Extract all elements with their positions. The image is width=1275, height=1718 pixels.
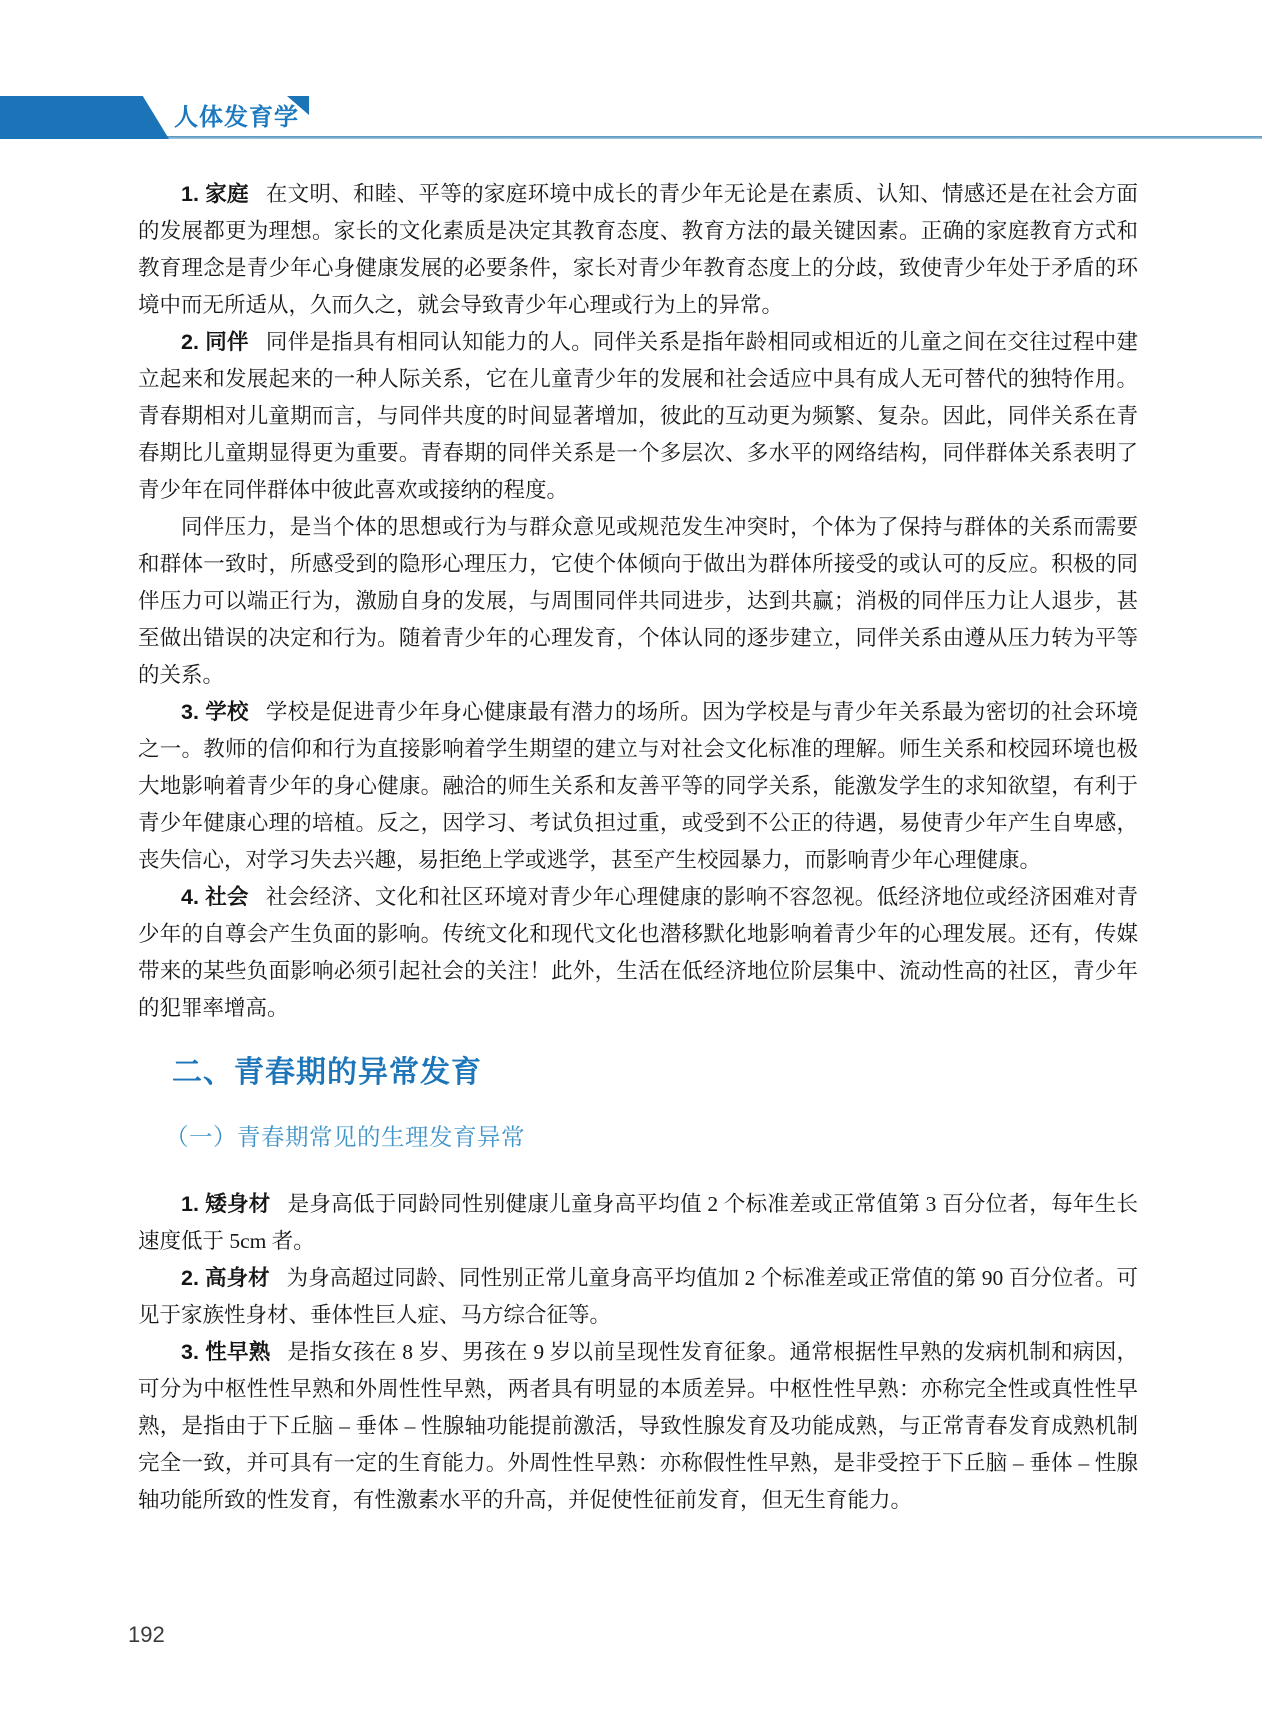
paragraph-peer-pressure: 同伴压力，是当个体的思想或行为与群众意见或规范发生冲突时，个体为了保持与群体的关… [138, 509, 1138, 694]
page-body-text: 1. 家庭在文明、和睦、平等的家庭环境中成长的青少年无论是在素质、认知、情感还是… [138, 176, 1138, 1519]
paragraph-lead: 1. 矮身材 [181, 1192, 271, 1216]
paragraph-lead: 4. 社会 [181, 885, 249, 909]
paragraph-lead: 3. 性早熟 [181, 1340, 271, 1364]
paragraph-society: 4. 社会社会经济、文化和社区环境对青少年心理健康的影响不容忽视。低经济地位或经… [138, 879, 1138, 1027]
paragraph-school: 3. 学校学校是促进青少年身心健康最有潜力的场所。因为学校是与青少年关系最为密切… [138, 694, 1138, 879]
paragraph-peers: 2. 同伴同伴是指具有相同认知能力的人。同伴关系是指年龄相同或相近的儿童之间在交… [138, 324, 1138, 509]
paragraph-family: 1. 家庭在文明、和睦、平等的家庭环境中成长的青少年无论是在素质、认知、情感还是… [138, 176, 1138, 324]
paragraph-text: 同伴是指具有相同认知能力的人。同伴关系是指年龄相同或相近的儿童之间在交往过程中建… [138, 330, 1138, 502]
paragraph-text: 同伴压力，是当个体的思想或行为与群众意见或规范发生冲突时，个体为了保持与群体的关… [138, 515, 1138, 687]
paragraph-lead: 2. 同伴 [181, 330, 249, 354]
paragraph-text: 为身高超过同龄、同性别正常儿童身高平均值加 2 个标准差或正常值的第 90 百分… [138, 1266, 1138, 1327]
paragraph-lead: 3. 学校 [181, 700, 249, 724]
header-blue-band [0, 96, 169, 139]
paragraph-text: 学校是促进青少年身心健康最有潜力的场所。因为学校是与青少年关系最为密切的社会环境… [138, 700, 1138, 872]
paragraph-lead: 1. 家庭 [181, 182, 249, 206]
paragraph-tall-stature: 2. 高身材为身高超过同龄、同性别正常儿童身高平均值加 2 个标准差或正常值的第… [138, 1260, 1138, 1334]
page-number: 192 [128, 1622, 165, 1648]
paragraph-text: 是身高低于同龄同性别健康儿童身高平均值 2 个标准差或正常值第 3 百分位者，每… [138, 1192, 1138, 1253]
section-heading: 二、青春期的异常发育 [172, 1055, 1138, 1091]
paragraph-short-stature: 1. 矮身材是身高低于同龄同性别健康儿童身高平均值 2 个标准差或正常值第 3 … [138, 1186, 1138, 1260]
running-head-book-title: 人体发育学 [174, 97, 299, 137]
paragraph-lead: 2. 高身材 [181, 1266, 270, 1290]
paragraph-text: 在文明、和睦、平等的家庭环境中成长的青少年无论是在素质、认知、情感还是在社会方面… [138, 182, 1138, 317]
textbook-page: 人体发育学 1. 家庭在文明、和睦、平等的家庭环境中成长的青少年无论是在素质、认… [0, 0, 1275, 1718]
header-rule-line [148, 136, 1262, 139]
paragraph-precocious-puberty: 3. 性早熟是指女孩在 8 岁、男孩在 9 岁以前呈现性发育征象。通常根据性早熟… [138, 1334, 1138, 1519]
paragraph-text: 是指女孩在 8 岁、男孩在 9 岁以前呈现性发育征象。通常根据性早熟的发病机制和… [138, 1340, 1138, 1512]
paragraph-text: 社会经济、文化和社区环境对青少年心理健康的影响不容忽视。低经济地位或经济困难对青… [138, 885, 1138, 1020]
subsection-heading: （一）青春期常见的生理发育异常 [165, 1122, 1138, 1152]
abnormal-development-items: 1. 矮身材是身高低于同龄同性别健康儿童身高平均值 2 个标准差或正常值第 3 … [138, 1186, 1138, 1519]
